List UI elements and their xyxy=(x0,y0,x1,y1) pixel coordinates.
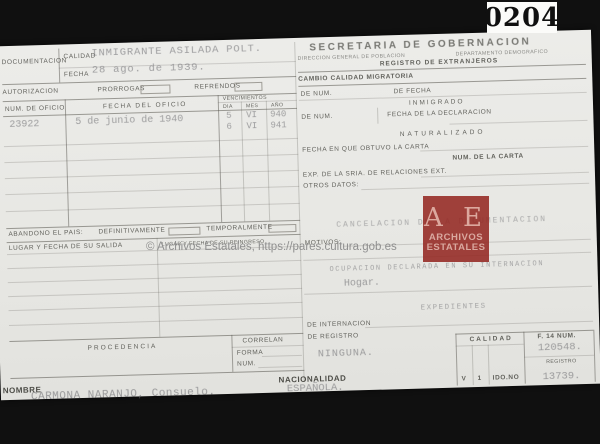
fecha-oficio-col-header: FECHA DEL OFICIO xyxy=(103,101,187,110)
registration-card: DOCUMENTACION CALIDAD INMIGRANTE ASILADA… xyxy=(0,30,600,401)
de-fecha-label: DE FECHA xyxy=(393,87,431,95)
prorrogas-box xyxy=(140,84,170,94)
archive-watermark-text: © Archivos Estatales, https://pares.cult… xyxy=(146,241,397,253)
documentacion-label: DOCUMENTACION xyxy=(2,57,68,66)
rule xyxy=(5,186,299,195)
forma-label: FORMA xyxy=(237,349,264,357)
definitivamente-label: DEFINITIVAMENTE xyxy=(98,227,165,236)
rule xyxy=(456,344,524,347)
calidad-value: INMIGRANTE ASILADA POLT. xyxy=(91,43,262,60)
calidad-col-v: V xyxy=(462,375,467,382)
registro-num-value: 13739. xyxy=(542,370,580,383)
page-number-stamp: 0204 xyxy=(487,2,557,33)
fecha-label: FECHA xyxy=(64,71,89,79)
page-number: 0204 xyxy=(484,3,560,33)
calidad-col-1: 1 xyxy=(478,375,482,382)
departamento-subtitle: DEPARTAMENTO DEMOGRAFICO xyxy=(455,49,548,58)
venc-dia-1: 5 xyxy=(226,111,232,121)
fecha-declaracion-label: FECHA DE LA DECLARACION xyxy=(387,108,492,118)
fecha-carta-label: FECHA EN QUE OBTUVO LA CARTA xyxy=(302,143,429,154)
venc-mes-2: VI xyxy=(246,121,257,131)
de-num2-label: DE NUM. xyxy=(301,113,333,121)
rule xyxy=(9,302,303,311)
rule xyxy=(6,203,300,212)
f14-value: 120548. xyxy=(538,341,582,354)
venc-ano-1: 940 xyxy=(270,109,286,119)
oficio-fecha-value: 5 de junio de 1940 xyxy=(75,114,183,128)
inmigrado-label: INMIGRADO xyxy=(409,98,465,107)
oficio-num-value: 23922 xyxy=(9,119,39,131)
rule xyxy=(7,260,301,269)
fecha-value: 28 ago. de 1939. xyxy=(92,61,206,76)
cambio-calidad-label: CAMBIO CALIDAD MIGRATORIA xyxy=(298,73,414,83)
de-internacion-label: DE INTERNACION xyxy=(307,320,371,329)
rule xyxy=(524,355,594,358)
rule xyxy=(9,317,303,326)
rule xyxy=(258,366,302,368)
card-left-panel: DOCUMENTACION CALIDAD INMIGRANTE ASILADA… xyxy=(1,42,305,396)
archivos-estatales-logo: A E ARCHIVOS ESTATALES xyxy=(423,196,489,262)
venc-mes-1: VI xyxy=(246,110,257,120)
box-line xyxy=(472,345,474,385)
definitivamente-box xyxy=(168,227,200,236)
divider-line xyxy=(377,108,378,124)
divider-line xyxy=(231,335,233,372)
temporalmente-label: TEMPORALMENTE xyxy=(206,224,272,233)
f14-label: F. 14 NUM. xyxy=(537,332,576,340)
registro-value: NINGUNA. xyxy=(318,348,374,361)
num-oficio-col-header: NUM. DE OFICIO xyxy=(5,104,65,113)
venc-ano-2: 941 xyxy=(270,120,286,130)
rule xyxy=(232,345,304,348)
rule xyxy=(4,154,298,163)
autorizacion-label: AUTORIZACION xyxy=(2,88,58,97)
rule xyxy=(262,355,302,357)
otros-datos-label: OTROS DATOS: xyxy=(303,181,359,190)
rule xyxy=(4,138,298,147)
rule xyxy=(420,146,588,152)
rule xyxy=(8,274,302,283)
venc-dia-2: 6 xyxy=(226,122,232,132)
correlan-label: CORRELAN xyxy=(242,336,283,344)
num-carta-label: NUM. DE LA CARTA xyxy=(452,153,524,162)
box-line xyxy=(488,345,490,385)
ae-logo-initials: A E xyxy=(424,205,488,231)
expedientes-label: EXPEDIENTES xyxy=(421,303,487,313)
calidad-box-label: CALIDAD xyxy=(469,335,512,343)
box-line xyxy=(455,334,457,386)
scanned-document-photo: DOCUMENTACION CALIDAD INMIGRANTE ASILADA… xyxy=(0,0,600,444)
venc-box-line xyxy=(218,95,223,222)
ae-logo-line2: ESTATALES xyxy=(427,243,486,253)
prorrogas-label: PRORROGAS xyxy=(97,85,145,93)
column-line xyxy=(65,99,70,226)
registro-small-label: REGISTRO xyxy=(546,358,576,365)
refrendos-box xyxy=(234,82,262,92)
de-registro-label: DE REGISTRO xyxy=(307,332,359,340)
rule xyxy=(8,288,302,297)
de-num-label: DE NUM. xyxy=(301,90,333,98)
rule xyxy=(365,321,593,328)
ocupacion-value: Hogar. xyxy=(344,278,380,290)
rule xyxy=(10,370,304,379)
num-label: NUM. xyxy=(237,360,256,368)
divider-line xyxy=(58,49,60,83)
temporalmente-box xyxy=(268,224,296,233)
calidad-col-idono: IDO.NO xyxy=(493,374,520,382)
nombre-value: CARMONA NARANJO, Consuelo. xyxy=(31,386,216,403)
naturalizado-label: NATURALIZADO xyxy=(400,129,486,138)
rule xyxy=(450,120,588,125)
procedencia-label: PROCEDENCIA xyxy=(88,343,158,352)
rule xyxy=(5,170,299,179)
ocupacion-label: OCUPACION DECLARADA EN SU INTERNACION xyxy=(329,260,544,274)
abandono-label: ABANDONO EL PAIS: xyxy=(8,229,83,238)
rule xyxy=(361,183,589,190)
